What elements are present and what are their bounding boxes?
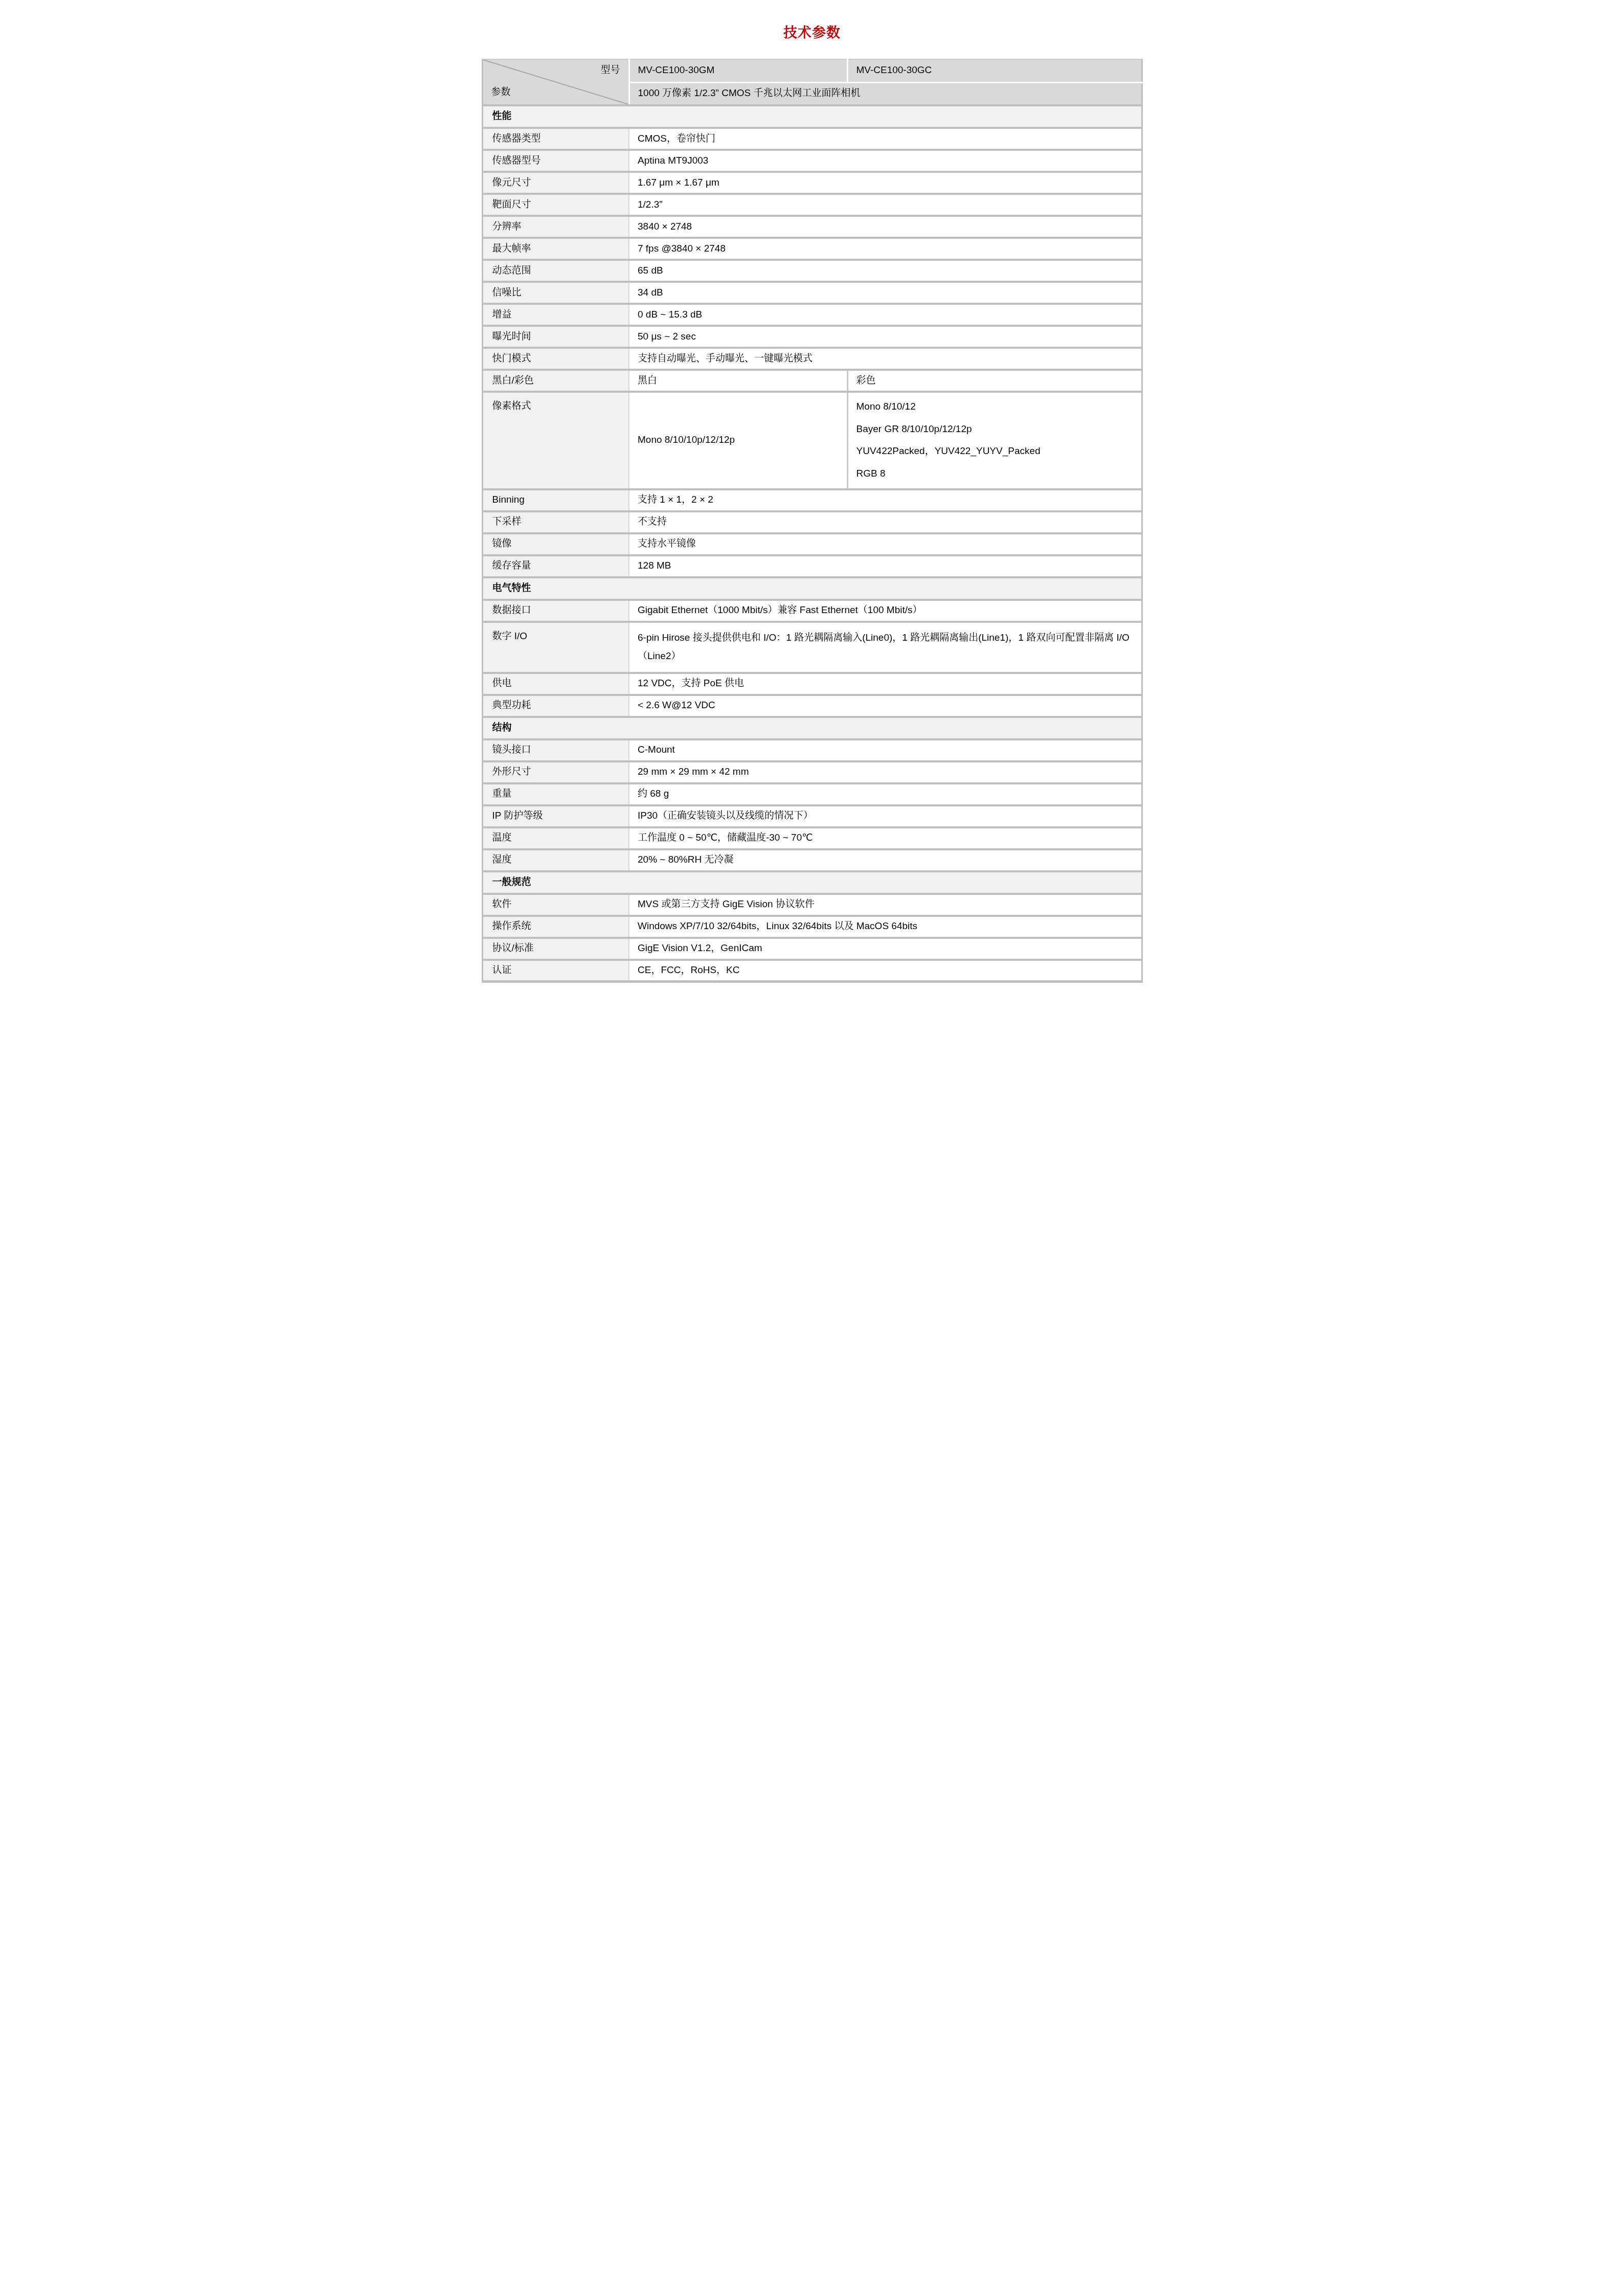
row-value: Aptina MT9J003 [629, 150, 1142, 172]
row-label: 镜像 [482, 533, 629, 555]
row-value: 0 dB ~ 15.3 dB [629, 304, 1142, 326]
row-value: 50 μs ~ 2 sec [629, 326, 1142, 348]
row-label: 湿度 [482, 849, 629, 871]
pixel-format-line: YUV422Packed，YUV422_YUYV_Packed [856, 440, 1136, 463]
row-label: 最大帧率 [482, 238, 629, 260]
spec-row: 软件MVS 或第三方支持 GigE Vision 协议软件 [482, 894, 1142, 916]
row-value: 6-pin Hirose 接头提供供电和 I/O：1 路光耦隔离输入(Line0… [629, 622, 1142, 673]
row-value: 7 fps @3840 × 2748 [629, 238, 1142, 260]
row-label: 传感器型号 [482, 150, 629, 172]
model-name-1: MV-CE100-30GM [629, 59, 847, 82]
spec-row: 传感器型号Aptina MT9J003 [482, 150, 1142, 172]
spec-row: 数据接口Gigabit Ethernet（1000 Mbit/s）兼容 Fast… [482, 600, 1142, 622]
row-label: 增益 [482, 304, 629, 326]
spec-row: 供电12 VDC，支持 PoE 供电 [482, 673, 1142, 695]
spec-row: 镜像支持水平镜像 [482, 533, 1142, 555]
row-label: 信噪比 [482, 282, 629, 304]
spec-row: 增益0 dB ~ 15.3 dB [482, 304, 1142, 326]
row-label: 快门模式 [482, 348, 629, 370]
section-title: 电气特性 [482, 577, 1142, 600]
row-value: 不支持 [629, 511, 1142, 533]
row-value: 34 dB [629, 282, 1142, 304]
row-label: 数据接口 [482, 600, 629, 622]
spec-row-pixel-format: 像素格式 Mono 8/10/10p/12/12p Mono 8/10/12 B… [482, 392, 1142, 489]
spec-row: 典型功耗< 2.6 W@12 VDC [482, 695, 1142, 717]
row-label: 像元尺寸 [482, 172, 629, 194]
row-value: 3840 × 2748 [629, 216, 1142, 238]
row-value: 65 dB [629, 260, 1142, 282]
row-value: 1.67 μm × 1.67 μm [629, 172, 1142, 194]
row-value: 12 VDC，支持 PoE 供电 [629, 673, 1142, 695]
spec-row: Binning支持 1 × 1，2 × 2 [482, 489, 1142, 511]
row-label: 动态范围 [482, 260, 629, 282]
row-label: 认证 [482, 960, 629, 982]
row-value: 支持水平镜像 [629, 533, 1142, 555]
row-label: 外形尺寸 [482, 761, 629, 783]
row-value-mono: 黑白 [629, 370, 847, 392]
row-value: IP30（正确安装镜头以及线缆的情况下） [629, 805, 1142, 827]
header-corner-model-label: 型号 [600, 64, 620, 77]
row-label: 操作系统 [482, 916, 629, 938]
row-value-mono-formats: Mono 8/10/10p/12/12p [629, 392, 847, 489]
section-header-row: 一般规范 [482, 871, 1142, 894]
row-value: < 2.6 W@12 VDC [629, 695, 1142, 717]
row-value: Windows XP/7/10 32/64bits，Linux 32/64bit… [629, 916, 1142, 938]
pixel-format-line: RGB 8 [856, 463, 1136, 485]
spec-table: 型号 参数 MV-CE100-30GM MV-CE100-30GC 1000 万… [482, 59, 1143, 983]
header-model-row: 型号 参数 MV-CE100-30GM MV-CE100-30GC [482, 59, 1142, 82]
header-corner-cell: 型号 参数 [482, 59, 629, 105]
spec-row: 协议/标准GigE Vision V1.2，GenICam [482, 938, 1142, 960]
spec-row: IP 防护等级IP30（正确安装镜头以及线缆的情况下） [482, 805, 1142, 827]
row-value: 支持 1 × 1，2 × 2 [629, 489, 1142, 511]
section-title: 结构 [482, 717, 1142, 739]
row-value: 20% ~ 80%RH 无冷凝 [629, 849, 1142, 871]
row-label: Binning [482, 489, 629, 511]
section-header-row: 性能 [482, 105, 1142, 128]
row-label: 黑白/彩色 [482, 370, 629, 392]
row-value: CE，FCC，RoHS，KC [629, 960, 1142, 982]
spec-row: 缓存容量128 MB [482, 555, 1142, 577]
row-label: 分辨率 [482, 216, 629, 238]
spec-row: 镜头接口C-Mount [482, 739, 1142, 761]
spec-row: 认证CE，FCC，RoHS，KC [482, 960, 1142, 982]
row-value: GigE Vision V1.2，GenICam [629, 938, 1142, 960]
spec-row: 外形尺寸29 mm × 29 mm × 42 mm [482, 761, 1142, 783]
spec-row: 信噪比34 dB [482, 282, 1142, 304]
spec-row: 操作系统Windows XP/7/10 32/64bits，Linux 32/6… [482, 916, 1142, 938]
row-label: 协议/标准 [482, 938, 629, 960]
row-value: C-Mount [629, 739, 1142, 761]
row-value-color: 彩色 [847, 370, 1142, 392]
row-label: 镜头接口 [482, 739, 629, 761]
spec-row: 最大帧率7 fps @3840 × 2748 [482, 238, 1142, 260]
row-value: 约 68 g [629, 783, 1142, 805]
row-value: CMOS，卷帘快门 [629, 128, 1142, 150]
row-value: 128 MB [629, 555, 1142, 577]
header-corner-param-label: 参数 [491, 86, 511, 99]
row-value: Gigabit Ethernet（1000 Mbit/s）兼容 Fast Eth… [629, 600, 1142, 622]
section-title: 性能 [482, 105, 1142, 128]
spec-row: 分辨率3840 × 2748 [482, 216, 1142, 238]
spec-row: 下采样不支持 [482, 511, 1142, 533]
spec-row: 快门模式支持自动曝光、手动曝光、一键曝光模式 [482, 348, 1142, 370]
row-label: IP 防护等级 [482, 805, 629, 827]
section-title: 一般规范 [482, 871, 1142, 894]
spec-row: 靶面尺寸1/2.3” [482, 194, 1142, 216]
row-label: 供电 [482, 673, 629, 695]
section-header-row: 结构 [482, 717, 1142, 739]
spec-row: 曝光时间50 μs ~ 2 sec [482, 326, 1142, 348]
row-label: 温度 [482, 827, 629, 849]
row-value: MVS 或第三方支持 GigE Vision 协议软件 [629, 894, 1142, 916]
row-label: 曝光时间 [482, 326, 629, 348]
spec-row: 数字 I/O6-pin Hirose 接头提供供电和 I/O：1 路光耦隔离输入… [482, 622, 1142, 673]
row-value: 29 mm × 29 mm × 42 mm [629, 761, 1142, 783]
row-label: 传感器类型 [482, 128, 629, 150]
row-label: 像素格式 [482, 392, 629, 489]
spec-row: 温度工作温度 0 ~ 50℃，储藏温度-30 ~ 70℃ [482, 827, 1142, 849]
model-name-2: MV-CE100-30GC [847, 59, 1142, 82]
section-header-row: 电气特性 [482, 577, 1142, 600]
row-value: 支持自动曝光、手动曝光、一键曝光模式 [629, 348, 1142, 370]
spec-row: 像元尺寸1.67 μm × 1.67 μm [482, 172, 1142, 194]
spec-row-mono-color: 黑白/彩色黑白彩色 [482, 370, 1142, 392]
row-value-color-formats: Mono 8/10/12 Bayer GR 8/10/10p/12/12p YU… [847, 392, 1142, 489]
spec-sheet-page: 技术参数 型号 参数 MV-CE100-30GM MV-CE100-30GC 1… [406, 0, 1218, 1148]
row-label: 软件 [482, 894, 629, 916]
row-label: 重量 [482, 783, 629, 805]
row-label: 下采样 [482, 511, 629, 533]
camera-description: 1000 万像素 1/2.3” CMOS 千兆以太网工业面阵相机 [629, 82, 1142, 105]
row-label: 典型功耗 [482, 695, 629, 717]
page-title: 技术参数 [482, 21, 1142, 41]
row-label: 靶面尺寸 [482, 194, 629, 216]
pixel-format-line: Bayer GR 8/10/10p/12/12p [856, 418, 1136, 441]
pixel-format-line: Mono 8/10/12 [856, 396, 1136, 418]
row-value: 1/2.3” [629, 194, 1142, 216]
row-value: 工作温度 0 ~ 50℃，储藏温度-30 ~ 70℃ [629, 827, 1142, 849]
spec-row: 湿度20% ~ 80%RH 无冷凝 [482, 849, 1142, 871]
spec-row: 动态范围65 dB [482, 260, 1142, 282]
row-label: 缓存容量 [482, 555, 629, 577]
spec-row: 传感器类型CMOS，卷帘快门 [482, 128, 1142, 150]
spec-row: 重量约 68 g [482, 783, 1142, 805]
row-label: 数字 I/O [482, 622, 629, 673]
